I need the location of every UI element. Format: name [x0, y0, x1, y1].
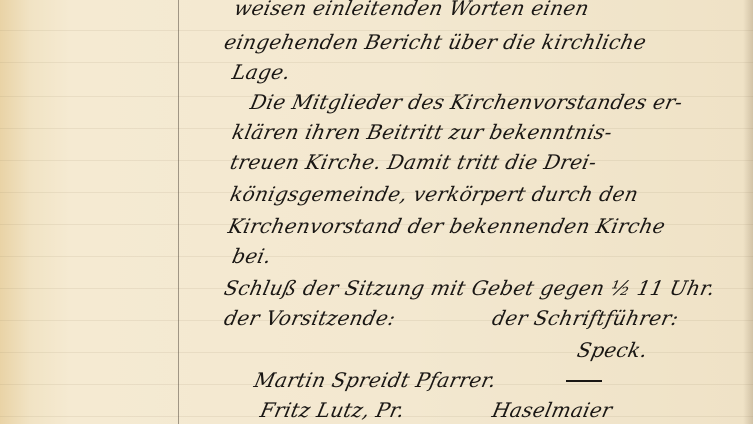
signature-speck: Speck.: [575, 338, 650, 362]
ruled-line: [0, 62, 753, 63]
chairman-label: der Vorsitzende:: [222, 306, 398, 330]
text-line-4: Die Mitglieder des Kirchenvorstandes er-: [248, 90, 685, 114]
dash-separator: [566, 380, 602, 382]
text-line-5: klären ihren Beitritt zur bekenntnis-: [230, 120, 615, 144]
text-line-6: treuen Kirche. Damit tritt die Drei-: [228, 150, 599, 174]
text-line-10: Schluß der Sitzung mit Gebet gegen ½ 11 …: [222, 276, 717, 300]
signature-haselmaier: Haselmaier: [490, 398, 615, 422]
manuscript-page: weisen einleitenden Worten einen eingehe…: [0, 0, 753, 424]
text-line-8: Kirchenvorstand der bekennenden Kirche: [226, 214, 668, 238]
text-line-3: Lage.: [230, 60, 293, 84]
secretary-label: der Schriftführer:: [490, 306, 681, 330]
text-line-1: weisen einleitenden Worten einen: [232, 0, 592, 20]
text-line-9: bei.: [230, 244, 274, 268]
signature-lutz: Fritz Lutz, Pr.: [258, 398, 407, 422]
text-line-2: eingehenden Bericht über die kirchliche: [222, 30, 649, 54]
ruled-line: [0, 256, 753, 257]
text-line-7: königsgemeinde, verkörpert durch den: [228, 182, 641, 206]
signature-pfarrer: Martin Spreidt Pfarrer.: [252, 368, 499, 392]
margin-rule: [178, 0, 179, 424]
page-edge-shadow: [743, 0, 753, 424]
